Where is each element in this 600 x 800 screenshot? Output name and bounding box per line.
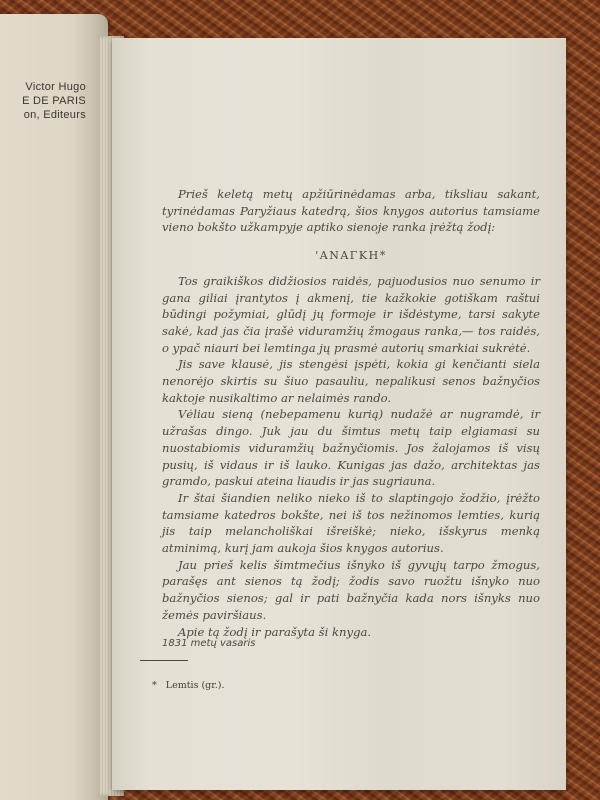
footnote-divider [140,660,188,661]
left-page: Victor Hugo E DE PARIS on, Editeurs [0,14,108,800]
preface-date: 1831 metų vasaris [162,638,255,649]
imprint-line: Victor Hugo [22,80,86,94]
greek-word: 'ΑΝΑΓΚΗ* [162,248,540,265]
paragraph: Jau prieš kelis šimtmečius išnyko iš gyv… [162,557,540,624]
paragraph: Jis save klausė, jis stengėsi įspėti, ko… [162,356,540,406]
intro-paragraph: Prieš keletą metų apžiūrinėdamas arba, t… [162,186,540,236]
paragraph: Ir štai šiandien neliko nieko iš to slap… [162,490,540,557]
left-page-imprint: Victor Hugo E DE PARIS on, Editeurs [22,80,86,122]
paragraph: Vėliau sieną (nebepamenu kurią) nudažė a… [162,406,540,490]
footnote-mark: * [152,680,157,691]
imprint-line: on, Editeurs [22,108,86,122]
footnote: * Lemtis (gr.). [152,680,225,691]
imprint-line: E DE PARIS [22,94,86,108]
footnote-text: Lemtis (gr.). [166,680,225,691]
right-page: Prieš keletą metų apžiūrinėdamas arba, t… [112,38,566,790]
paragraph: Tos graikiškos didžiosios raidės, pajuod… [162,273,540,357]
preface-text: Prieš keletą metų apžiūrinėdamas arba, t… [162,186,540,640]
